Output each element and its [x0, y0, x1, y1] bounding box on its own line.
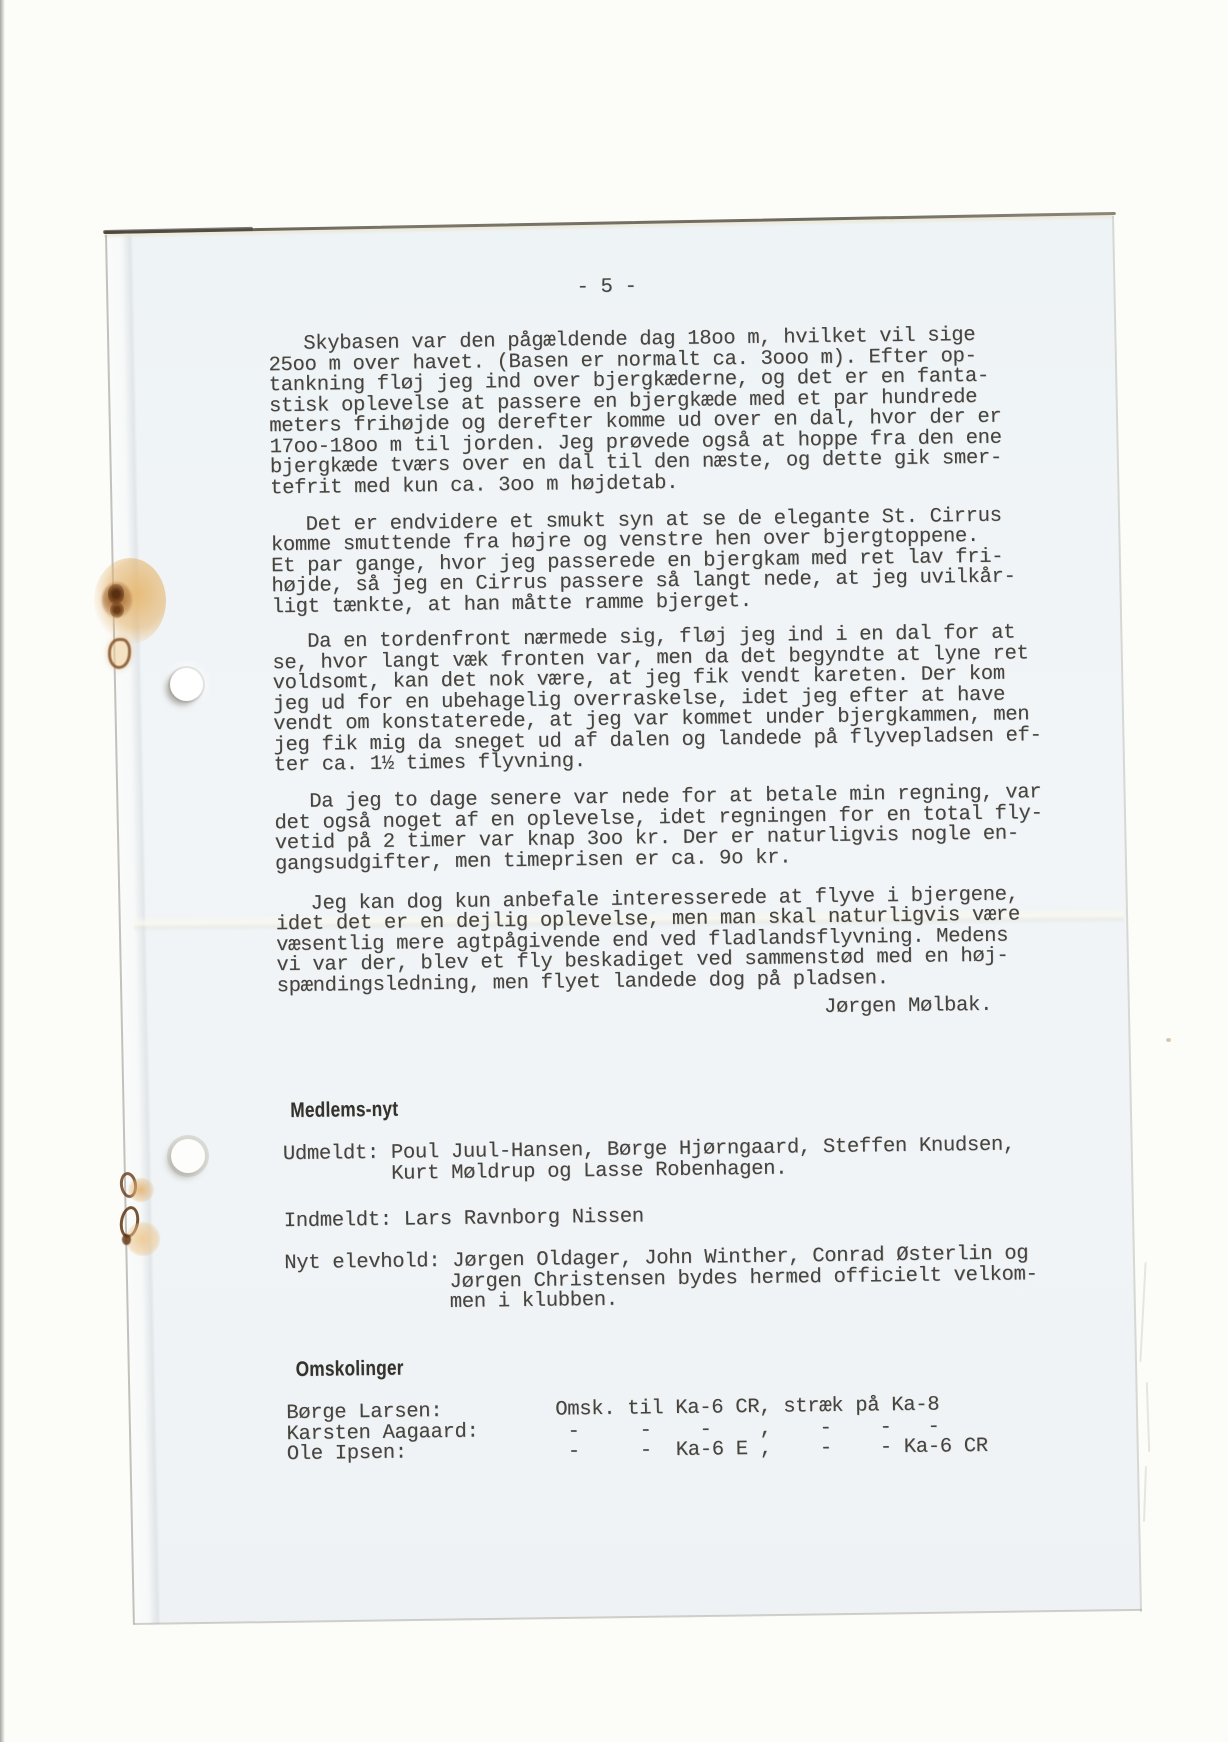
typed-line: gangsudgifter, men timeprisen er ca. 9o …: [275, 847, 791, 876]
section-heading-omskolinger: Omskolinger: [296, 1357, 404, 1382]
elevhold-line: men i klubben.: [450, 1290, 618, 1314]
retraining-detail: - - Ka-6 E , - - Ka-6 CR: [556, 1436, 988, 1464]
typed-content: - 5 - Skybasen var den pågældende dag 18…: [0, 0, 1228, 1742]
typed-line: ter ca. 1½ times flyvning.: [274, 751, 586, 777]
page-number: - 5 -: [576, 276, 636, 299]
paragraph-1: Skybasen var den pågældende dag 18oo m, …: [0, 0, 1216, 2]
member-news-section: Udmeldt: Poul Juul-Hansen, Børge Hjørnga…: [0, 0, 1216, 2]
paragraph-5: Jeg kan dog kun anbefale interesserede a…: [0, 0, 1216, 2]
section-heading-medlems-nyt: Medlems-nyt: [290, 1098, 398, 1123]
udmeldt-line: Kurt Møldrup og Lasse Robenhagen.: [391, 1159, 787, 1186]
scanned-newsletter-page: - 5 - Skybasen var den pågældende dag 18…: [0, 0, 1228, 1742]
typed-line: ligt tænkte, at han måtte ramme bjerget.: [272, 591, 752, 619]
retraining-name: Ole Ipsen:: [287, 1443, 407, 1467]
author-signature: Jørgen Mølbak.: [824, 995, 992, 1019]
typed-line: tefrit med kun ca. 3oo m højdetab.: [270, 473, 678, 500]
retraining-table: Børge Larsen: Karsten Aagaard: Ole Ipsen…: [0, 0, 1216, 2]
paragraph-4: Da jeg to dage senere var nede for at be…: [0, 0, 1216, 2]
paragraph-2: Det er endvidere et smukt syn at se de e…: [0, 0, 1216, 2]
paragraph-3: Da en tordenfront nærmede sig, fløj jeg …: [0, 0, 1216, 2]
indmeldt-line: Indmeldt: Lars Ravnborg Nissen: [284, 1206, 644, 1233]
